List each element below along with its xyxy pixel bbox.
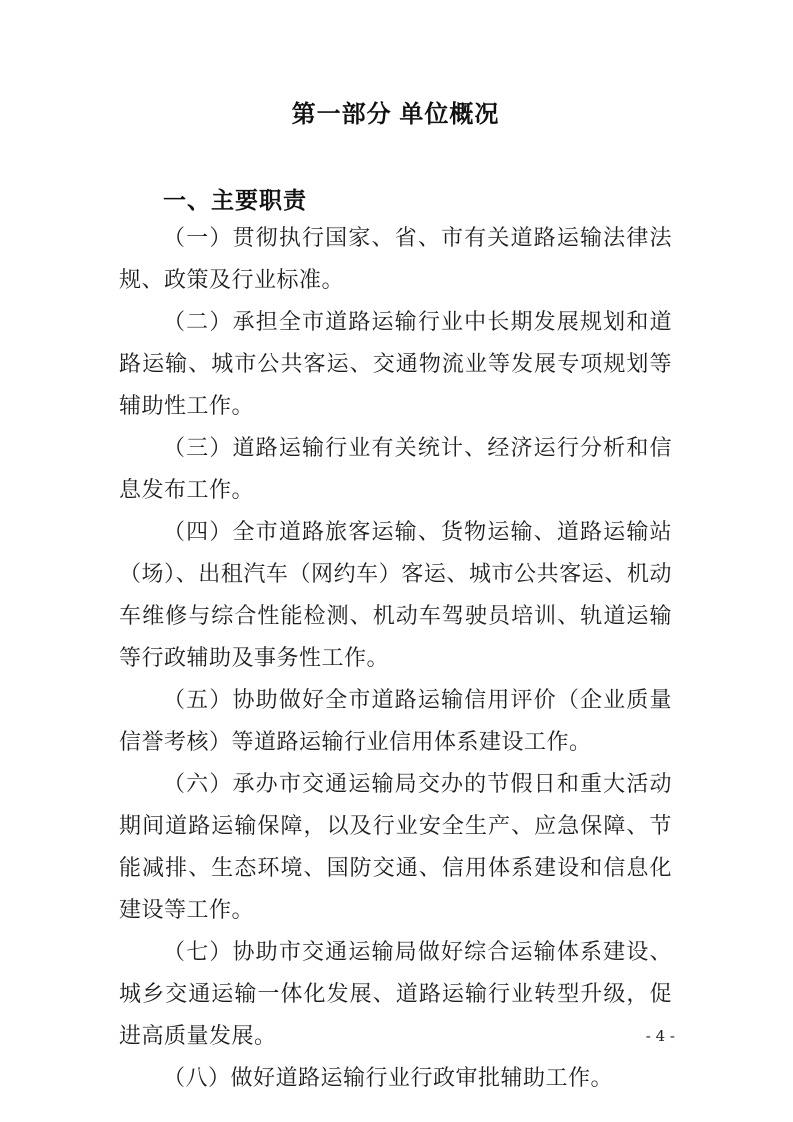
page-number: - 4 - <box>646 1026 675 1046</box>
section-body: （一）贯彻执行国家、省、市有关道路运输法律法规、政策及行业标准。 （二）承担全市… <box>119 218 672 1100</box>
paragraph-8: （八）做好道路运输行业行政审批辅助工作。 <box>119 1058 672 1100</box>
page-content: 第一部分 单位概况 一、主要职责 （一）贯彻执行国家、省、市有关道路运输法律法规… <box>119 100 672 1100</box>
paragraph-2: （二）承担全市道路运输行业中长期发展规划和道路运输、城市公共客运、交通物流业等发… <box>119 302 672 428</box>
paragraph-6: （六）承办市交通运输局交办的节假日和重大活动期间道路运输保障，以及行业安全生产、… <box>119 764 672 932</box>
document-page: 第一部分 单位概况 一、主要职责 （一）贯彻执行国家、省、市有关道路运输法律法规… <box>0 0 793 1122</box>
paragraph-1: （一）贯彻执行国家、省、市有关道路运输法律法规、政策及行业标准。 <box>119 218 672 302</box>
section-heading: 一、主要职责 <box>119 182 672 218</box>
paragraph-4: （四）全市道路旅客运输、货物运输、道路运输站（场）、出租汽车（网约车）客运、城市… <box>119 512 672 680</box>
paragraph-3: （三）道路运输行业有关统计、经济运行分析和信息发布工作。 <box>119 428 672 512</box>
paragraph-7: （七）协助市交通运输局做好综合运输体系建设、城乡交通运输一体化发展、道路运输行业… <box>119 932 672 1058</box>
paragraph-5: （五）协助做好全市道路运输信用评价（企业质量信誉考核）等道路运输行业信用体系建设… <box>119 680 672 764</box>
page-title: 第一部分 单位概况 <box>119 100 672 130</box>
